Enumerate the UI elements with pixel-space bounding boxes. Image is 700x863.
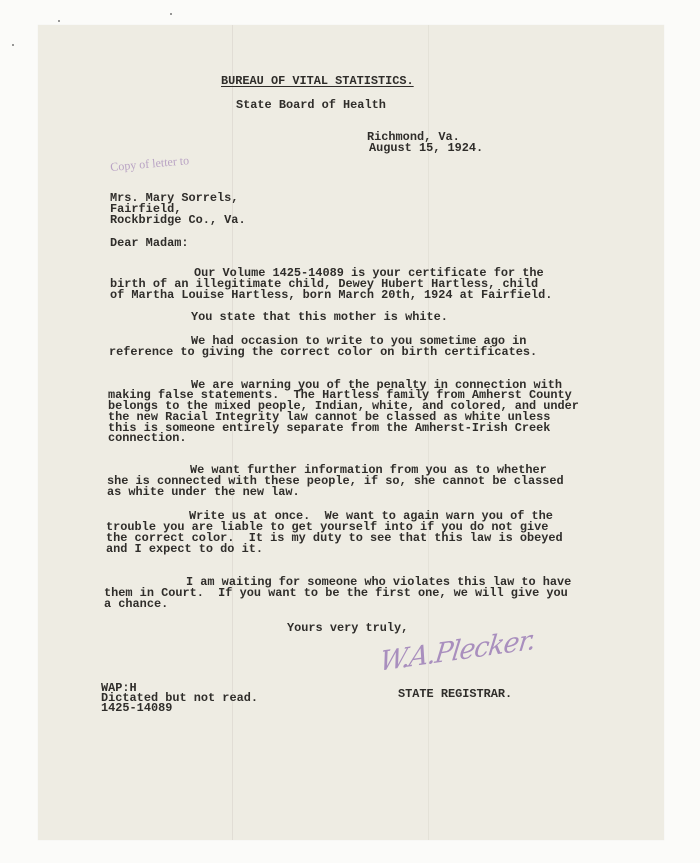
paragraph-3-line: reference to giving the correct color on… <box>109 347 537 358</box>
letter-date: August 15, 1924. <box>369 143 483 154</box>
paper-speck <box>12 44 14 46</box>
paragraph-5-line: as white under the new law. <box>107 487 300 498</box>
recipient-county: Rockbridge Co., Va. <box>110 215 246 226</box>
board-subheading: State Board of Health <box>236 100 386 111</box>
paper-speck <box>170 13 172 15</box>
bureau-heading: BUREAU OF VITAL STATISTICS. <box>221 76 414 87</box>
paper-speck <box>58 20 60 22</box>
signer-title: STATE REGISTRAR. <box>398 689 512 700</box>
copy-stamp: Copy of letter to <box>110 153 190 175</box>
paragraph-4-line: connection. <box>108 433 187 444</box>
reference-number: 1425-14089 <box>101 703 172 714</box>
salutation: Dear Madam: <box>110 238 189 249</box>
paragraph-1-line: of Martha Louise Hartless, born March 20… <box>110 290 552 301</box>
paragraph-2-line: You state that this mother is white. <box>191 312 448 323</box>
paragraph-6-line: and I expect to do it. <box>106 544 263 555</box>
closing: Yours very truly, <box>287 623 408 634</box>
paragraph-7-line: a chance. <box>104 599 168 610</box>
letter-page: BUREAU OF VITAL STATISTICS. State Board … <box>38 25 664 840</box>
paragraph-7-line: them in Court. If you want to be the fir… <box>104 588 568 599</box>
